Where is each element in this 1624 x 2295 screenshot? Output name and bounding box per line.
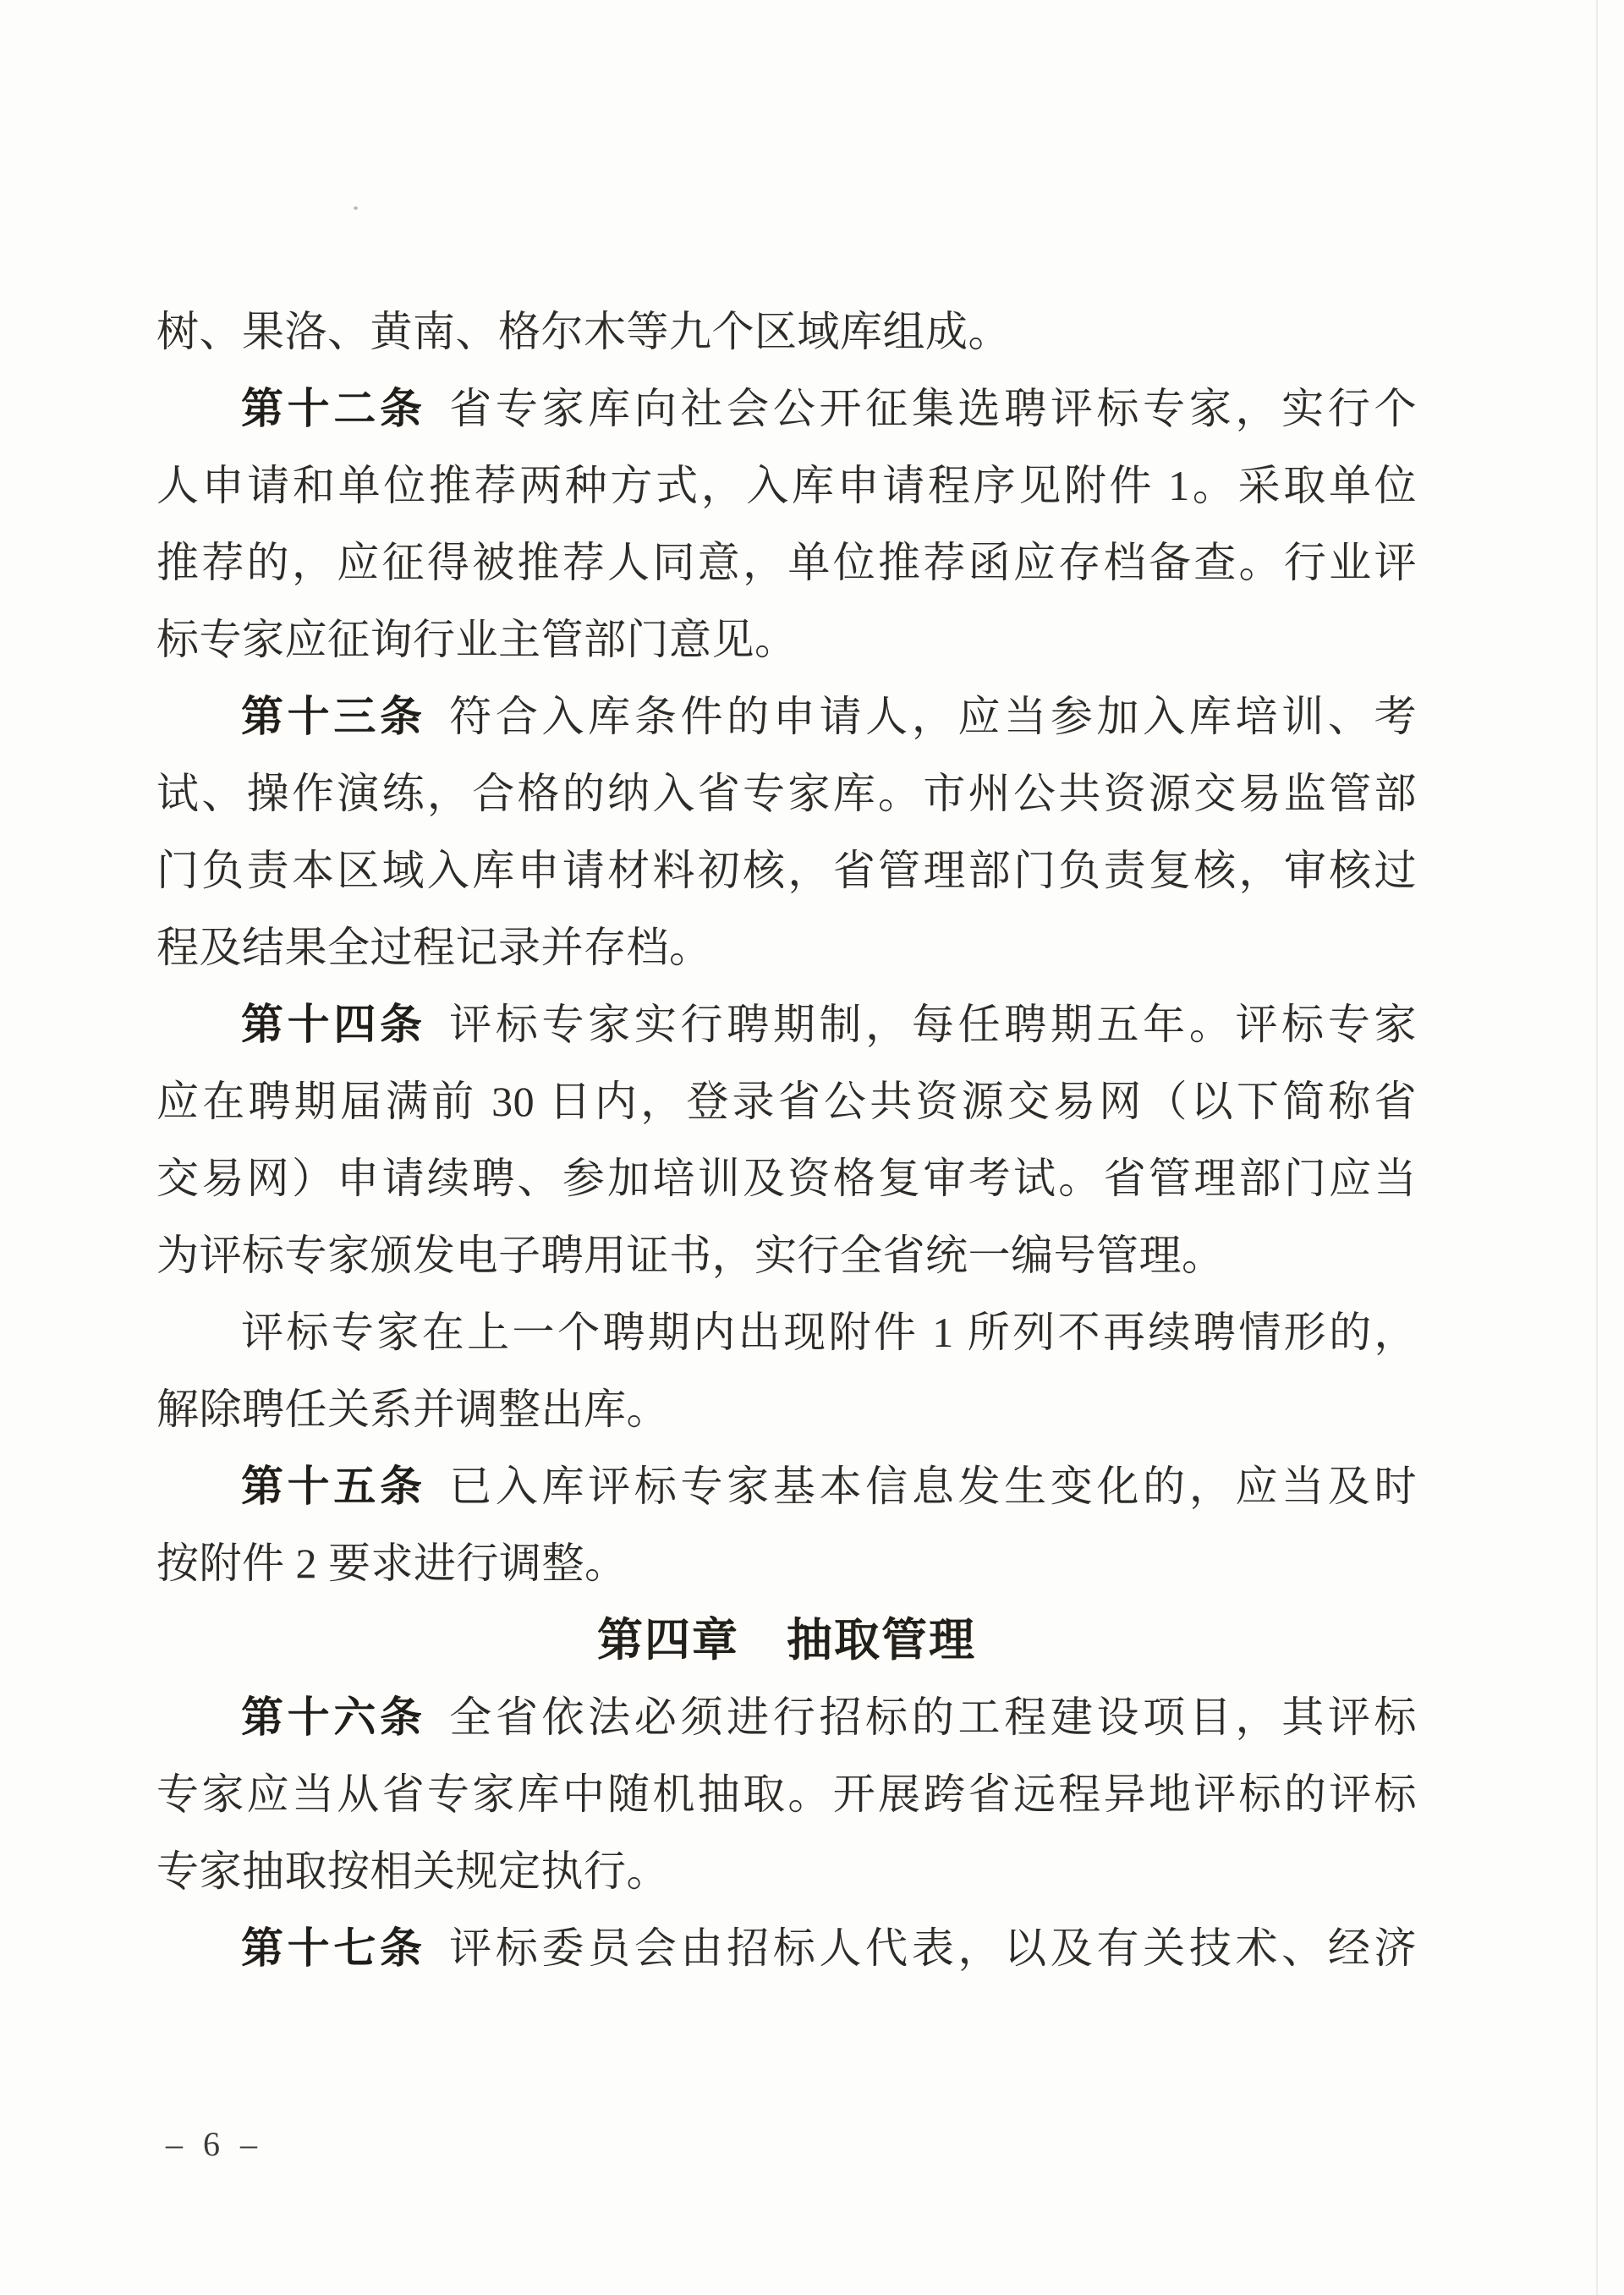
document-line: 专家抽取按相关规定执行。 xyxy=(156,1833,1417,1910)
article-number: 第十五条 xyxy=(241,1463,426,1510)
document-line: 试、操作演练，合格的纳入省专家库。市州公共资源交易监管部 xyxy=(156,755,1417,832)
line-text: 推荐的，应征得被推荐人同意，单位推荐函应存档备查。行业评 xyxy=(156,539,1417,586)
article-number: 第十二条 xyxy=(241,385,426,432)
document-line: 推荐的，应征得被推荐人同意，单位推荐函应存档备查。行业评 xyxy=(156,524,1417,601)
line-text: 评标专家实行聘期制，每任聘期五年。评标专家 xyxy=(449,1001,1417,1048)
line-text: 评标专家在上一个聘期内出现附件 1 所列不再续聘情形的， xyxy=(241,1309,1417,1356)
document-body: 树、果洛、黄南、格尔木等九个区域库组成。第十二条省专家库向社会公开征集选聘评标专… xyxy=(156,294,1417,1987)
line-text: 符合入库条件的申请人，应当参加入库培训、考 xyxy=(449,693,1417,740)
scan-speck xyxy=(354,206,358,210)
scan-edge-artifact xyxy=(1596,0,1598,2295)
article-number: 第十七条 xyxy=(241,1924,426,1972)
line-text: 按附件 2 要求进行调整。 xyxy=(156,1540,628,1587)
line-text: 专家抽取按相关规定执行。 xyxy=(156,1848,669,1895)
document-line: 交易网）申请续聘、参加培训及资格复审考试。省管理部门应当 xyxy=(156,1140,1417,1217)
document-line: 第十六条全省依法必须进行招标的工程建设项目，其评标 xyxy=(156,1679,1417,1756)
chapter-heading: 第四章 抽取管理 xyxy=(156,1602,1417,1679)
line-text: 树、果洛、黄南、格尔木等九个区域库组成。 xyxy=(156,308,1011,355)
line-text: 已入库评标专家基本信息发生变化的，应当及时 xyxy=(449,1463,1417,1510)
line-text: 应在聘期届满前 30 日内，登录省公共资源交易网（以下简称省 xyxy=(156,1078,1417,1125)
line-text: 程及结果全过程记录并存档。 xyxy=(156,924,712,971)
line-text: 交易网）申请续聘、参加培训及资格复审考试。省管理部门应当 xyxy=(156,1155,1417,1202)
document-line: 应在聘期届满前 30 日内，登录省公共资源交易网（以下简称省 xyxy=(156,1063,1417,1140)
document-line: 第十四条评标专家实行聘期制，每任聘期五年。评标专家 xyxy=(156,986,1417,1063)
document-line: 程及结果全过程记录并存档。 xyxy=(156,909,1417,986)
line-text: 人申请和单位推荐两种方式，入库申请程序见附件 1。采取单位 xyxy=(156,462,1417,509)
line-text: 标专家应征询行业主管部门意见。 xyxy=(156,616,798,663)
line-text: 试、操作演练，合格的纳入省专家库。市州公共资源交易监管部 xyxy=(156,770,1417,817)
line-text: 专家应当从省专家库中随机抽取。开展跨省远程异地评标的评标 xyxy=(156,1771,1417,1818)
line-text: 门负责本区域入库申请材料初核，省管理部门负责复核，审核过 xyxy=(156,847,1417,894)
document-line: 第十二条省专家库向社会公开征集选聘评标专家，实行个 xyxy=(156,371,1417,447)
line-text: 评标委员会由招标人代表，以及有关技术、经济 xyxy=(449,1924,1417,1972)
document-line: 人申请和单位推荐两种方式，入库申请程序见附件 1。采取单位 xyxy=(156,447,1417,524)
document-line: 树、果洛、黄南、格尔木等九个区域库组成。 xyxy=(156,294,1417,371)
line-text: 为评标专家颁发电子聘用证书，实行全省统一编号管理。 xyxy=(156,1232,1225,1279)
document-line: 为评标专家颁发电子聘用证书，实行全省统一编号管理。 xyxy=(156,1217,1417,1294)
article-number: 第十六条 xyxy=(241,1694,426,1741)
document-page: 树、果洛、黄南、格尔木等九个区域库组成。第十二条省专家库向社会公开征集选聘评标专… xyxy=(0,0,1624,2295)
line-text: 第四章 抽取管理 xyxy=(597,1615,976,1666)
line-text: 省专家库向社会公开征集选聘评标专家，实行个 xyxy=(449,385,1417,432)
article-number: 第十三条 xyxy=(241,693,426,740)
page-number: – 6 – xyxy=(166,2115,263,2174)
document-line: 标专家应征询行业主管部门意见。 xyxy=(156,601,1417,678)
document-line: 第十三条符合入库条件的申请人，应当参加入库培训、考 xyxy=(156,678,1417,755)
document-line: 第十五条已入库评标专家基本信息发生变化的，应当及时 xyxy=(156,1448,1417,1525)
document-line: 门负责本区域入库申请材料初核，省管理部门负责复核，审核过 xyxy=(156,832,1417,909)
document-line: 解除聘任关系并调整出库。 xyxy=(156,1371,1417,1448)
line-text: 全省依法必须进行招标的工程建设项目，其评标 xyxy=(449,1694,1417,1741)
document-line: 评标专家在上一个聘期内出现附件 1 所列不再续聘情形的， xyxy=(156,1294,1417,1371)
line-text: 解除聘任关系并调整出库。 xyxy=(156,1386,669,1433)
document-line: 专家应当从省专家库中随机抽取。开展跨省远程异地评标的评标 xyxy=(156,1756,1417,1833)
document-line: 按附件 2 要求进行调整。 xyxy=(156,1525,1417,1602)
article-number: 第十四条 xyxy=(241,1001,426,1048)
document-line: 第十七条评标委员会由招标人代表，以及有关技术、经济 xyxy=(156,1910,1417,1987)
